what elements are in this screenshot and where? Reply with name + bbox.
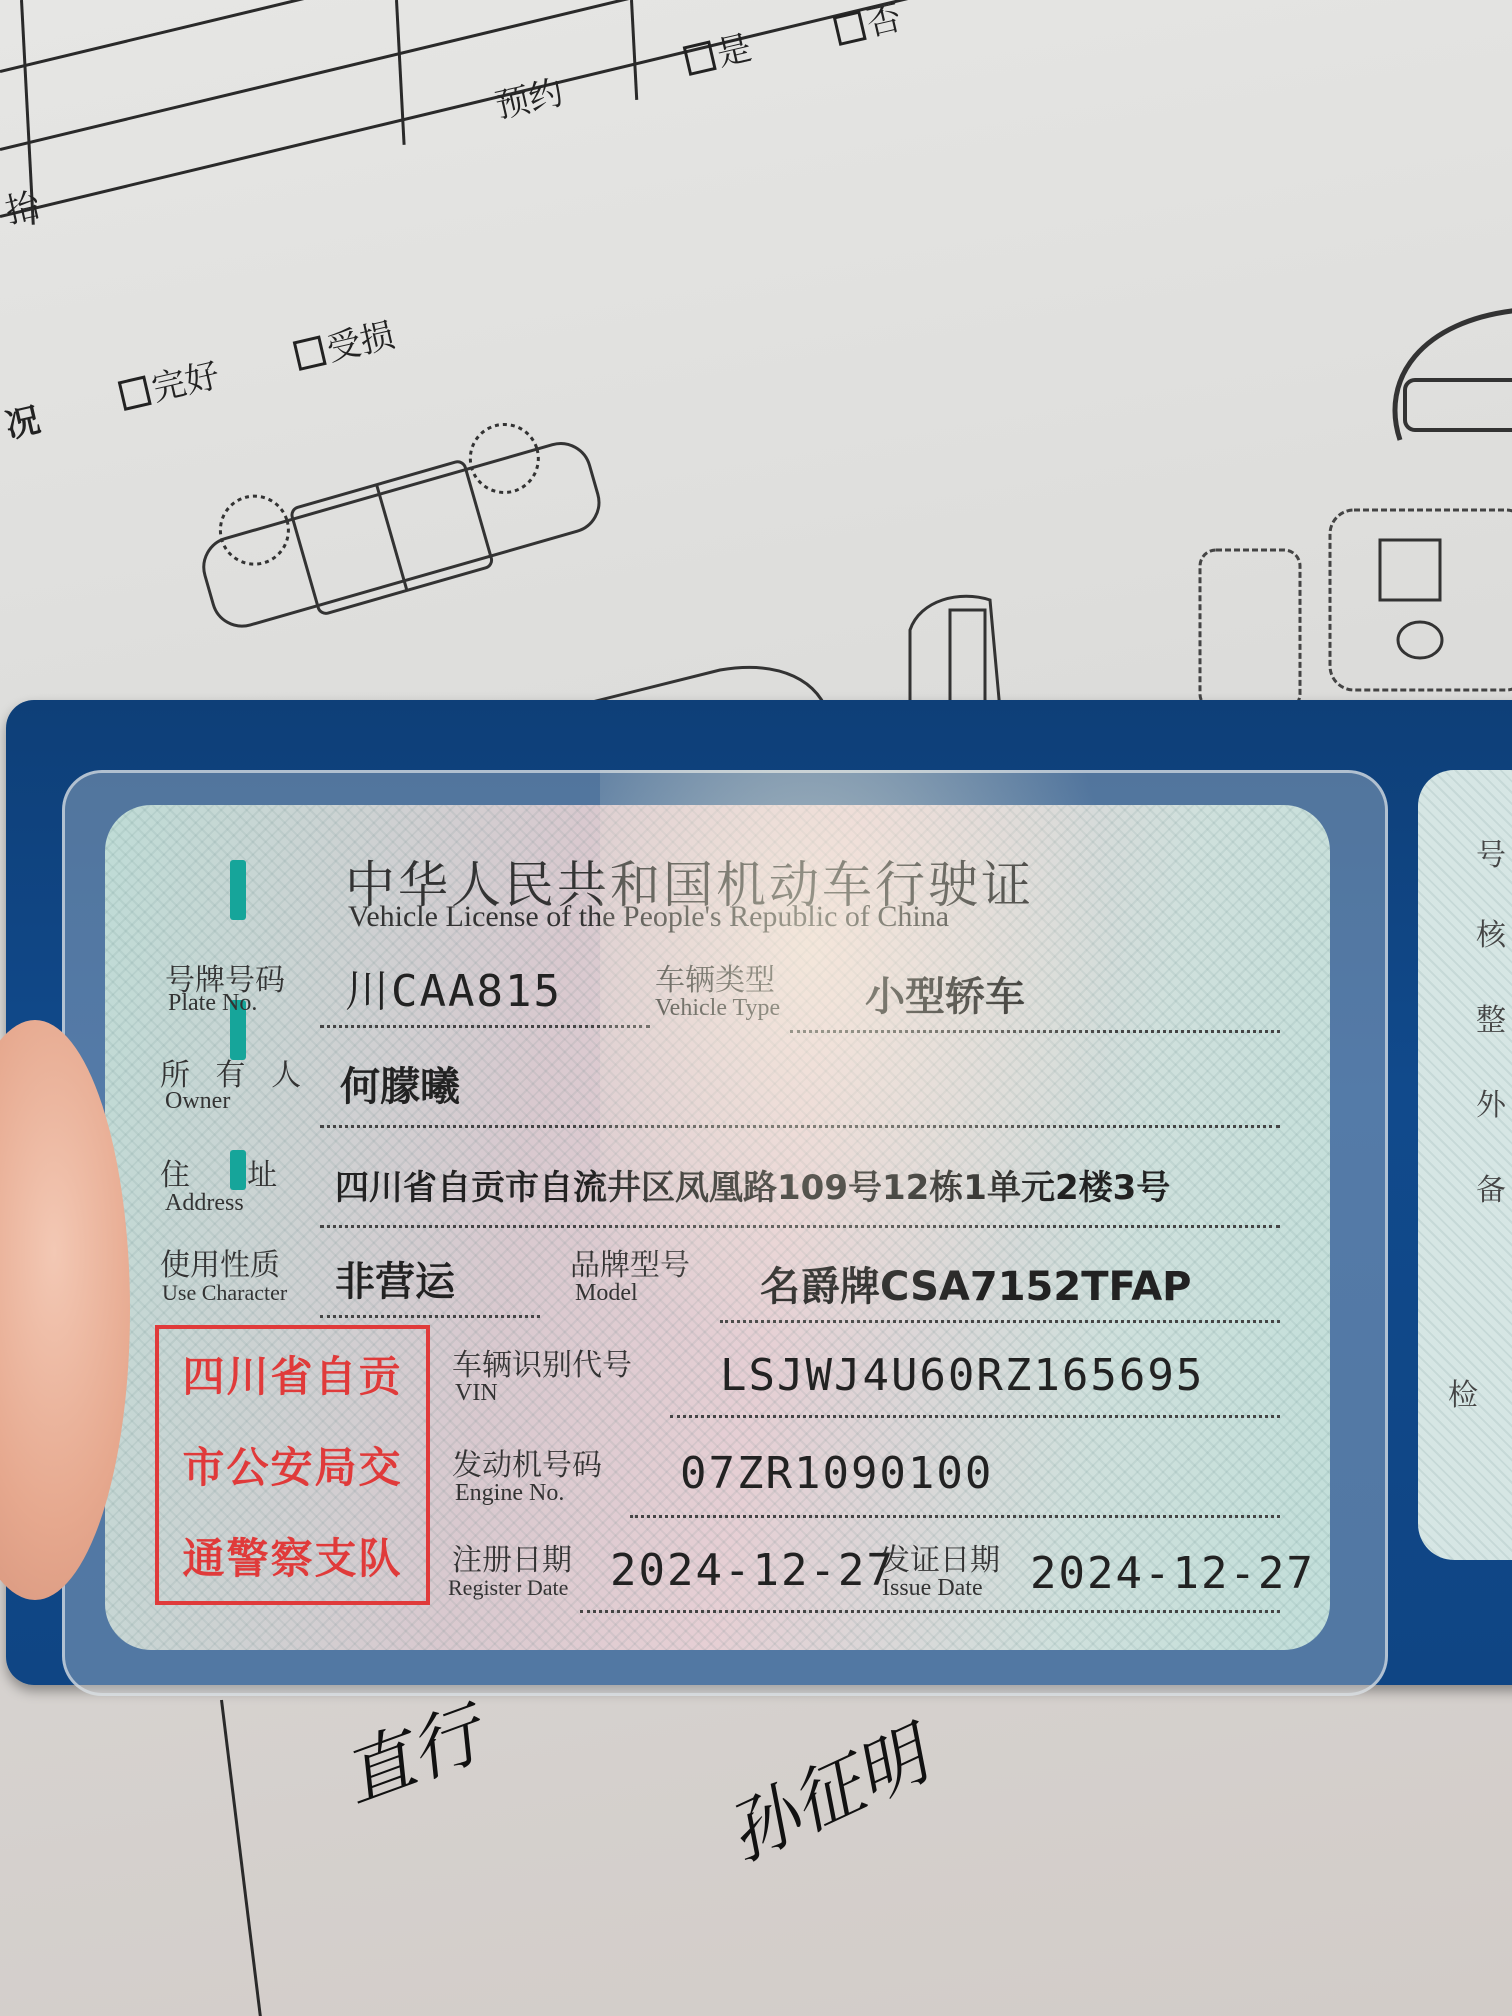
use-character-value: 非营运 [335,1250,455,1307]
model-label-en: Model [575,1280,638,1307]
reservation-yes[interactable]: 是 [680,20,755,83]
field-underline [580,1610,1280,1613]
use-character-label: 使用性质 [160,1240,280,1284]
row-label-partial: 抬 [0,177,44,232]
car-diagram-top-icon [190,420,610,640]
model-value: 名爵牌CSA7152TFAP [760,1255,1191,1312]
signature-2: 孙征明 [708,1700,941,1880]
form-divider [395,0,406,145]
engine-label: 发动机号码 [452,1440,602,1484]
model-label: 品牌型号 [570,1240,690,1284]
car-diagram-interior-icon [1180,480,1512,720]
plate-value: 川CAA815 [345,955,562,1019]
license-second-page: 号 核 整 外 备 检 [1418,770,1512,1560]
checkbox[interactable] [833,10,867,46]
vehicle-type-value: 小型轿车 [865,965,1025,1022]
signature-1: 直行 [327,1679,493,1822]
field-underline [320,1225,1280,1228]
register-date-label: 注册日期 [452,1535,572,1579]
issuing-authority-stamp: 四川省自贡 市公安局交 通警察支队 [155,1325,430,1605]
address-value: 四川省自贡市自流井区凤凰路109号12栋1单元2楼3号 [335,1160,1170,1209]
form-divider [220,1700,262,2016]
vehicle-type-label: 车辆类型 [655,955,775,999]
form-rule [0,0,973,151]
field-underline [320,1125,1280,1128]
plate-label-en: Plate No. [168,990,257,1017]
field-underline [670,1415,1280,1418]
address-label: 住 址 [160,1150,277,1194]
address-label-en: Address [165,1190,244,1217]
owner-value: 何朦曦 [340,1055,460,1112]
reservation-no[interactable]: 否 [830,0,905,53]
car-diagram-side-icon [900,590,1040,710]
vin-label-en: VIN [455,1380,498,1407]
vehicle-type-label-en: Vehicle Type [655,995,780,1022]
checkbox[interactable] [118,375,152,411]
condition-label: 况 [0,392,44,447]
checkbox[interactable] [683,40,717,76]
condition-damaged[interactable]: 受损 [290,308,398,378]
reservation-label: 预约 [490,65,567,128]
security-strip [230,860,246,920]
register-date-value: 2024-12-27 [610,1545,895,1596]
checkbox[interactable] [293,335,327,371]
engine-value: 07ZR1090100 [680,1448,993,1499]
owner-label-en: Owner [165,1088,230,1115]
issue-date-label-en: Issue Date [882,1575,983,1602]
license-subtitle: Vehicle License of the People's Republic… [348,900,949,934]
register-date-label-en: Register Date [448,1575,568,1601]
condition-good[interactable]: 完好 [115,348,223,418]
field-underline [720,1320,1280,1323]
field-underline [320,1315,540,1318]
engine-label-en: Engine No. [455,1480,564,1507]
field-underline [630,1515,1280,1518]
vin-label: 车辆识别代号 [452,1340,632,1384]
field-underline [790,1030,1280,1033]
issue-date-label: 发证日期 [880,1535,1000,1579]
use-character-label-en: Use Character [162,1280,287,1306]
field-underline [320,1025,650,1028]
vin-value: LSJWJ4U60RZ165695 [720,1350,1204,1401]
form-divider [630,0,638,100]
car-diagram-front-icon [1380,300,1512,450]
issue-date-value: 2024-12-27 [1030,1548,1315,1599]
